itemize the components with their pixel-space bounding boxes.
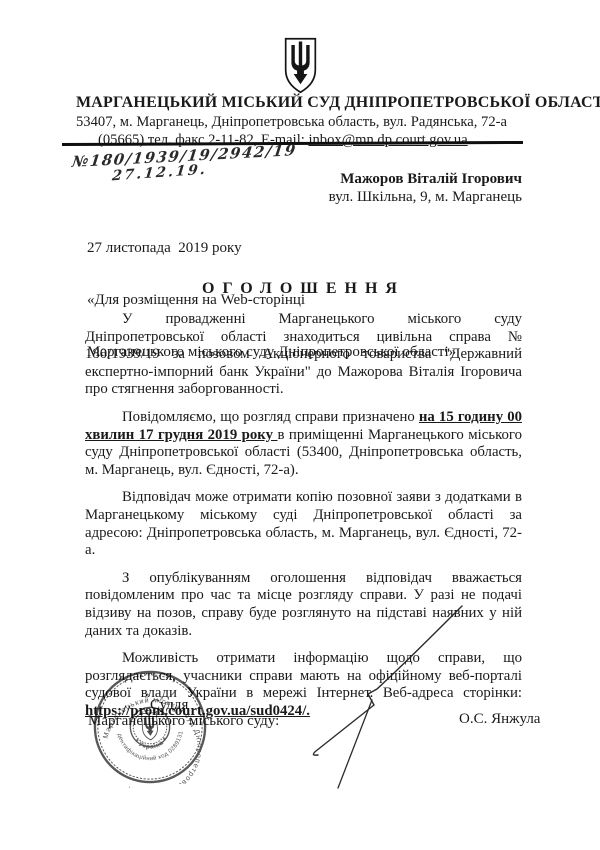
- paragraph: Повідомляємо, що розгляд справи призначе…: [85, 409, 522, 479]
- svg-text:Марганецький міський суд Дніпр: Марганецький міський суд Дніпропетровськ…: [98, 692, 208, 790]
- text-run: Повідомляємо, що розгляд справи призначе…: [122, 409, 419, 425]
- email-link[interactable]: inbox@mn.dp.court.gov.ua: [308, 132, 467, 148]
- addressee-address: вул. Шкільна, 9, м. Марганець: [240, 188, 522, 206]
- handwritten-signature: [280, 588, 520, 803]
- paragraph: Відповідач може отримати копію позовної …: [85, 489, 522, 559]
- ukraine-trident-icon: [283, 37, 318, 94]
- stamp-trident-shield-icon: [142, 713, 159, 741]
- court-name: МАРГАНЕЦЬКИЙ МІСЬКИЙ СУД ДНІПРОПЕТРОВСЬК…: [76, 94, 551, 112]
- addressee-name: Мажоров Віталій Ігорович: [240, 170, 522, 188]
- scanned-court-document: МАРГАНЕЦЬКИЙ МІСЬКИЙ СУД ДНІПРОПЕТРОВСЬК…: [0, 0, 600, 850]
- text-run: Відповідач може отримати копію позовної …: [85, 489, 522, 558]
- doc-date: 27 листопада 2019 року: [87, 240, 527, 257]
- court-stamp: Марганецький міський суд Дніпропетровськ…: [87, 664, 213, 790]
- court-address: 53407, м. Марганець, Дніпропетровська об…: [76, 114, 551, 130]
- text-run: У провадженні Марганецького міського суд…: [85, 311, 522, 397]
- stamp-top-star: *: [146, 691, 150, 700]
- paragraph: У провадженні Марганецького міського суд…: [85, 311, 522, 399]
- stamp-outer-text: Марганецький міський суд Дніпропетровськ…: [98, 692, 208, 790]
- addressee-block: Мажоров Віталій Ігорович вул. Шкільна, 9…: [240, 170, 522, 206]
- doc-title: ОГОЛОШЕННЯ: [85, 280, 522, 298]
